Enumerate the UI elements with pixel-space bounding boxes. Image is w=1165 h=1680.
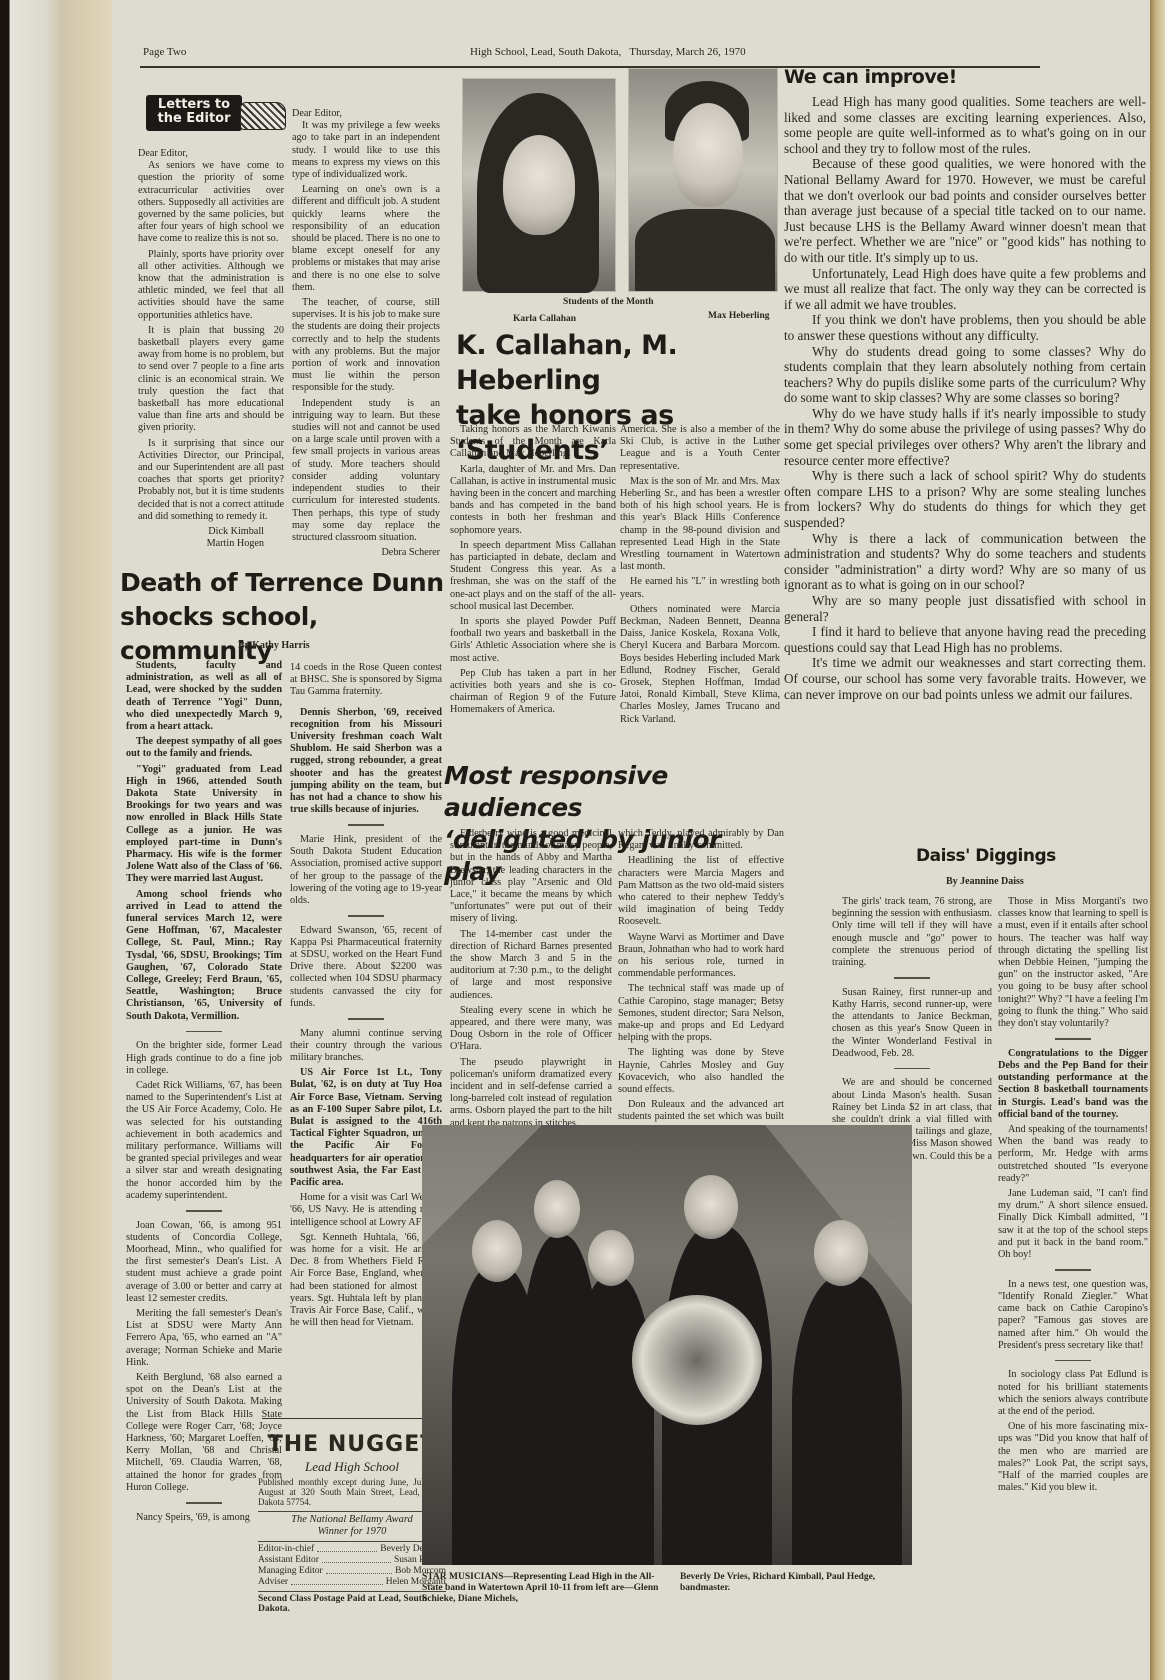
- award-box: The National Bellamy Award Winner for 19…: [258, 1511, 446, 1538]
- photo-karla-callahan: [462, 78, 616, 292]
- paragraph: Among school friends who arrived in Lead…: [126, 889, 282, 1023]
- separator: [1055, 1360, 1091, 1362]
- headline-line: K. Callahan, M. Heberling: [456, 328, 786, 398]
- paragraph: On the brighter side, former Lead High g…: [126, 1040, 282, 1077]
- postage-note: Second Class Postage Paid at Lead, South…: [258, 1591, 446, 1614]
- paragraph: Edward Swanson, '65, recent of Kappa Psi…: [290, 925, 442, 1010]
- dunn-col-1: Students, faculty and administration, as…: [126, 660, 282, 1527]
- paragraph: If you think we don't have problems, the…: [784, 312, 1146, 343]
- photo-name-left: Karla Callahan: [513, 314, 576, 324]
- paragraph: which Teddy, played admirably by Dan Reg…: [618, 828, 784, 852]
- band-photo-caption: STAR MUSICIANS—Representing Lead High in…: [422, 1572, 662, 1605]
- staff-row: AdviserHelen Morganti: [258, 1577, 446, 1588]
- paragraph: Dennis Sherbon, '69, received recognitio…: [290, 707, 442, 817]
- separator: [1055, 1038, 1091, 1040]
- paragraph: Elderberry wine is a good medicinal stim…: [450, 828, 612, 926]
- paragraph: US Air Force 1st Lt., Tony Bulat, '62, i…: [290, 1067, 442, 1189]
- staff-role: Managing Editor: [258, 1566, 323, 1577]
- masthead: THE NUGGET Lead High School Published mo…: [258, 1432, 446, 1614]
- paragraph: Jane Ludeman said, "I can't find my drum…: [998, 1188, 1148, 1261]
- headline-line: shocks school, community: [120, 600, 450, 668]
- paragraph: In speech department Miss Callahan has p…: [450, 540, 616, 613]
- award-line: The National Bellamy Award: [258, 1514, 446, 1526]
- paragraph: Why do we have study halls if it's nearl…: [784, 406, 1146, 468]
- publication-note: Published monthly except during June, Ju…: [258, 1477, 446, 1507]
- paragraph: Others nominated were Marcia Beckman, Na…: [620, 604, 780, 726]
- paragraph: Those in Miss Morganti's two classes kno…: [998, 896, 1148, 1030]
- paragraph: Lead High has many good qualities. Some …: [784, 94, 1146, 156]
- separator: [1055, 1269, 1091, 1271]
- separator: [186, 1502, 222, 1504]
- paragraph: "Yogi" graduated from Lead High in 1966,…: [126, 764, 282, 886]
- paragraph: He earned his "L" in wrestling both year…: [620, 576, 780, 600]
- paragraph: Susan Rainey, first runner-up and Kathy …: [832, 987, 992, 1060]
- letter-1: Dear Editor, As seniors we have come to …: [138, 148, 284, 551]
- paragraph: Karla, daughter of Mr. and Mrs. Dan Call…: [450, 464, 616, 537]
- letter-2-paragraph: Independent study is an intriguing way t…: [292, 398, 440, 544]
- page-label: Page Two: [143, 46, 186, 58]
- separator: [894, 1068, 930, 1070]
- paragraph: Home for a visit was Carl Welker, '66, U…: [290, 1192, 442, 1229]
- award-line: Winner for 1970: [258, 1526, 446, 1538]
- dateline: High School, Lead, South Dakota, Thursda…: [470, 46, 746, 58]
- paragraph: Meriting the fall semester's Dean's List…: [126, 1308, 282, 1369]
- signature: Dick Kimball: [138, 526, 284, 538]
- paragraph: I find it hard to believe that anyone ha…: [784, 624, 1146, 655]
- staff-role: Adviser: [258, 1577, 288, 1588]
- paragraph: Why are so many people just dissatisfied…: [784, 593, 1146, 624]
- paragraph: It's time we admit our weaknesses and st…: [784, 655, 1146, 702]
- separator: [348, 915, 384, 917]
- paragraph: Because of these good qualities, we were…: [784, 156, 1146, 265]
- signature: Debra Scherer: [292, 547, 440, 559]
- mailbox-icon: [240, 102, 286, 130]
- separator: [186, 1031, 222, 1033]
- paragraph: The technical staff was made up of Cathi…: [618, 983, 784, 1044]
- diggings-headline: Daiss' Diggings: [916, 846, 1056, 866]
- letter-1-salutation: Dear Editor,: [138, 148, 284, 160]
- paragraph: Cadet Rick Williams, '67, has been named…: [126, 1080, 282, 1202]
- letter-1-paragraph: Is it surprising that since our Activiti…: [138, 438, 284, 523]
- paragraph: Congratulations to the Digger Debs and t…: [998, 1048, 1148, 1121]
- letter-2-paragraph: Learning on one's own is a different and…: [292, 184, 440, 294]
- staff-row: Assistant EditorSusan Rainey: [258, 1555, 446, 1566]
- badge-line-2: the Editor: [146, 112, 242, 126]
- masthead-title: THE NUGGET: [258, 1432, 446, 1457]
- paragraph: America. She is also a member of the Ski…: [620, 424, 780, 473]
- paragraph: Wayne Warvi as Mortimer and Dave Braun, …: [618, 932, 784, 981]
- dunn-headline: Death of Terrence Dunn shocks school, co…: [120, 566, 450, 668]
- paragraph: Pep Club has taken a part in her activit…: [450, 668, 616, 717]
- paragraph: In a news test, one question was, "Ident…: [998, 1279, 1148, 1352]
- editorial-headline: We can improve!: [784, 66, 957, 88]
- separator: [348, 1018, 384, 1020]
- letter-2-paragraph: It was my privilege a few weeks ago to t…: [292, 120, 440, 181]
- headline-line: Most responsive audiences: [444, 760, 784, 824]
- paragraph: The girls' track team, 76 strong, are be…: [832, 896, 992, 969]
- letter-1-paragraph: Plainly, sports have priority over all o…: [138, 249, 284, 322]
- paragraph: In sports she played Powder Puff footbal…: [450, 616, 616, 665]
- badge-line-1: Letters to: [146, 98, 242, 112]
- separator: [186, 1210, 222, 1212]
- headline-line: Death of Terrence Dunn: [120, 566, 450, 600]
- paragraph: Taking honors as the March Kiwanis Stude…: [450, 424, 616, 461]
- star-musicians-photo: [422, 1125, 912, 1565]
- diggings-byline: By Jeannine Daiss: [946, 876, 1024, 887]
- paragraph: In sociology class Pat Edlund is noted f…: [998, 1369, 1148, 1418]
- staff-role: Assistant Editor: [258, 1555, 319, 1566]
- staff-row: Managing EditorBob Morcom: [258, 1566, 446, 1577]
- dunn-col-2: 14 coeds in the Rose Queen contest at BH…: [290, 662, 442, 1332]
- paragraph: Sgt. Kenneth Huhtala, '66, also was home…: [290, 1232, 442, 1330]
- staff-box: Editor-in-chiefBeverly De Vries Assistan…: [258, 1541, 446, 1588]
- paragraph: The deepest sympathy of all goes out to …: [126, 736, 282, 760]
- letter-2: Dear Editor, It was my privilege a few w…: [292, 108, 440, 559]
- book-binding-left: [0, 0, 112, 1680]
- masthead-rule: [262, 1418, 442, 1419]
- paragraph: 14 coeds in the Rose Queen contest at BH…: [290, 662, 442, 699]
- byline: By Kathy Harris: [238, 640, 310, 651]
- separator: [348, 824, 384, 826]
- letter-1-paragraph: It is plain that bussing 20 basketball p…: [138, 325, 284, 435]
- staff-role: Editor-in-chief: [258, 1544, 314, 1555]
- band-photo-caption-cont: Beverly De Vries, Richard Kimball, Paul …: [680, 1572, 912, 1594]
- paragraph: Students, faculty and administration, as…: [126, 660, 282, 733]
- photo-max-heberling: [628, 68, 778, 292]
- paragraph: Unfortunately, Lead High does have quite…: [784, 266, 1146, 313]
- letter-2-paragraph: The teacher, of course, still supervises…: [292, 297, 440, 395]
- paragraph: Headlining the list of effective charact…: [618, 855, 784, 928]
- paragraph: The 14-member cast under the direction o…: [450, 929, 612, 1002]
- photo-name-right: Max Heberling: [708, 311, 769, 321]
- photo-caption: Students of the Month: [563, 297, 654, 307]
- paragraph: Marie Hink, president of the South Dakot…: [290, 834, 442, 907]
- paragraph: Max is the son of Mr. and Mrs. Max Heber…: [620, 476, 780, 574]
- students-col-1: Taking honors as the March Kiwanis Stude…: [450, 424, 616, 720]
- paragraph: Joan Cowan, '66, is among 951 students o…: [126, 1220, 282, 1305]
- letters-to-editor-badge: Letters to the Editor: [146, 95, 242, 131]
- staff-row: Editor-in-chiefBeverly De Vries: [258, 1544, 446, 1555]
- paragraph: Why is there a lack of communication bet…: [784, 531, 1146, 593]
- signature: Martin Hogen: [138, 538, 284, 550]
- book-spine-right: [1150, 0, 1165, 1680]
- letter-2-salutation: Dear Editor,: [292, 108, 440, 120]
- paragraph: The lighting was done by Steve Haynie, C…: [618, 1047, 784, 1096]
- masthead-subtitle: Lead High School: [258, 1459, 446, 1475]
- play-col-2: which Teddy, played admirably by Dan Reg…: [618, 828, 784, 1175]
- paragraph: Why do students dread going to some clas…: [784, 344, 1146, 406]
- paragraph: And speaking of the tournaments! When th…: [998, 1124, 1148, 1185]
- paragraph: Why is there such a lack of school spiri…: [784, 468, 1146, 530]
- paragraph: One of his more fascinating mix-ups was …: [998, 1421, 1148, 1494]
- students-col-2: America. She is also a member of the Ski…: [620, 424, 780, 729]
- separator: [894, 977, 930, 979]
- paragraph: Stealing every scene in which he appeare…: [450, 1005, 612, 1054]
- paragraph: Many alumni continue serving their count…: [290, 1028, 442, 1065]
- diggings-col-2: Those in Miss Morganti's two classes kno…: [998, 896, 1148, 1497]
- paragraph: The pseudo playwright in policeman's uni…: [450, 1057, 612, 1130]
- editorial-body: Lead High has many good qualities. Some …: [784, 94, 1146, 702]
- letter-1-paragraph: As seniors we have come to question the …: [138, 160, 284, 245]
